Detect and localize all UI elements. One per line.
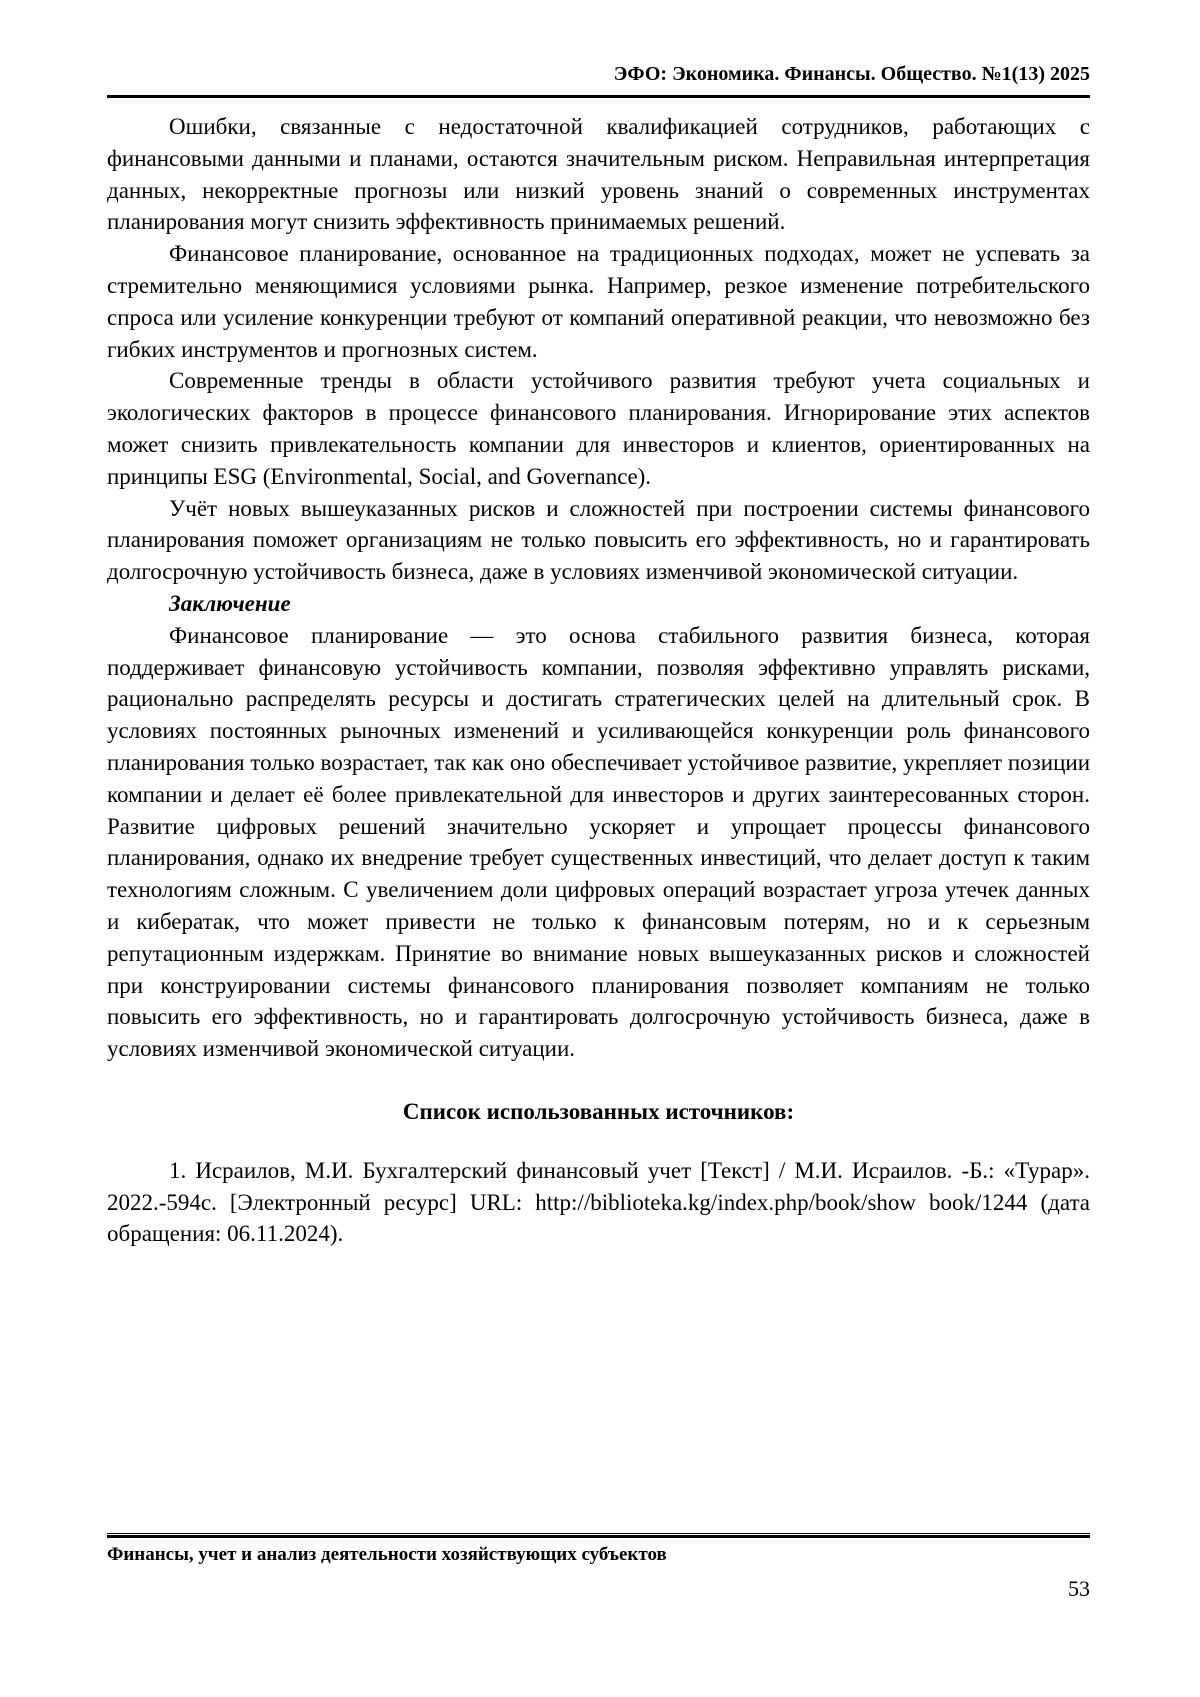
page-header: ЭФО: Экономика. Финансы. Общество. №1(13… (107, 62, 1090, 95)
references-heading: Список использованных источников: (107, 1096, 1090, 1128)
page-footer: Финансы, учет и анализ деятельности хозя… (107, 1533, 1090, 1602)
body-paragraph: Учёт новых вышеуказанных рисков и сложно… (107, 493, 1090, 588)
body-paragraph: Финансовое планирование, основанное на т… (107, 238, 1090, 365)
body-paragraph: Современные тренды в области устойчивого… (107, 365, 1090, 492)
header-rule (107, 95, 1090, 98)
body-paragraph: Ошибки, связанные с недостаточной квалиф… (107, 111, 1090, 238)
journal-title: ЭФО: Экономика. Финансы. Общество. №1(13… (614, 63, 1090, 85)
reference-item: 1. Исраилов, М.И. Бухгалтерский финансов… (107, 1155, 1090, 1250)
footer-section-title: Финансы, учет и анализ деятельности хозя… (107, 1538, 1090, 1566)
journal-page: ЭФО: Экономика. Финансы. Общество. №1(13… (0, 0, 1200, 1697)
article-body: Ошибки, связанные с недостаточной квалиф… (107, 111, 1090, 1250)
page-number: 53 (107, 1576, 1090, 1602)
conclusion-heading: Заключение (107, 588, 1090, 620)
conclusion-paragraph: Финансовое планирование — это основа ста… (107, 620, 1090, 1065)
